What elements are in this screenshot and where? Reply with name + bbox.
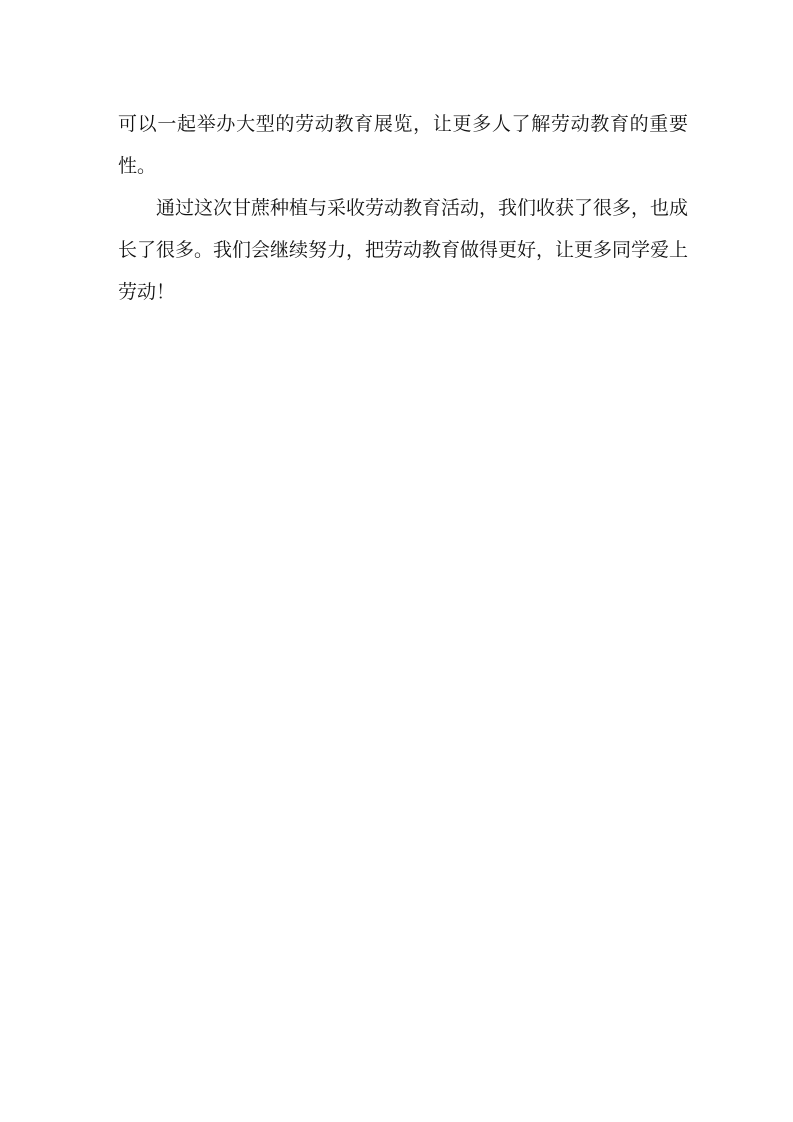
paragraph-conclusion: 通过这次甘蔗种植与采收劳动教育活动，我们收获了很多，也成长了很多。我们会继续努力… [118,187,688,313]
document-page: 可以一起举办大型的劳动教育展览，让更多人了解劳动教育的重要性。 通过这次甘蔗种植… [0,0,793,1122]
paragraph-continuation: 可以一起举办大型的劳动教育展览，让更多人了解劳动教育的重要性。 [118,103,688,187]
document-body: 可以一起举办大型的劳动教育展览，让更多人了解劳动教育的重要性。 通过这次甘蔗种植… [118,103,688,313]
